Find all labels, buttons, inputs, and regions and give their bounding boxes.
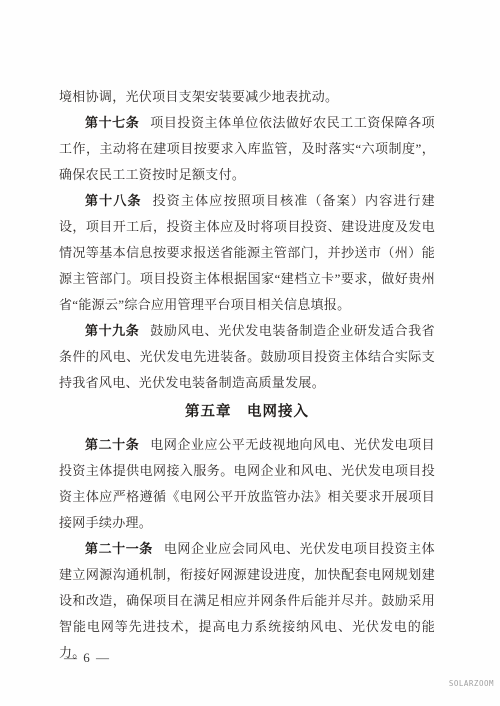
article-18-text: 投资主体应按照项目核准（备案）内容进行建设，项目开工后，投资主体应及时将项目投资… [59,193,435,312]
article-21-label: 第二十一条 [85,541,153,556]
article-19-label: 第十九条 [85,323,139,338]
paragraph-continuation: 境相协调，光伏项目支架安装要减少地表扰动。 [59,84,435,110]
article-17: 第十七条项目投资主体单位依法做好农民工工资保障各项工作，主动将在建项目按要求入库… [59,110,435,188]
chapter-heading: 第五章 电网接入 [59,399,435,425]
document-page: 境相协调，光伏项目支架安装要减少地表扰动。 第十七条项目投资主体单位依法做好农民… [0,0,500,706]
article-20: 第二十条电网企业应公平无歧视地向风电、光伏发电项目投资主体提供电网接入服务。电网… [59,432,435,536]
page-number: — 6 — [64,650,111,665]
article-18-label: 第十八条 [85,193,142,208]
document-body: 境相协调，光伏项目支架安装要减少地表扰动。 第十七条项目投资主体单位依法做好农民… [59,84,435,666]
article-17-label: 第十七条 [85,115,139,130]
article-19: 第十九条鼓励风电、光伏发电装备制造企业研发适合我省条件的风电、光伏发电先进装备。… [59,318,435,396]
article-18: 第十八条投资主体应按照项目核准（备案）内容进行建设，项目开工后，投资主体应及时将… [59,188,435,318]
article-21-text: 电网企业应会同风电、光伏发电项目投资主体建立网源沟通机制，衔接好网源建设进度，加… [59,541,435,660]
article-21: 第二十一条电网企业应会同风电、光伏发电项目投资主体建立网源沟通机制，衔接好网源建… [59,536,435,666]
article-20-label: 第二十条 [85,437,139,452]
watermark: SOLARZOOM [449,679,494,688]
